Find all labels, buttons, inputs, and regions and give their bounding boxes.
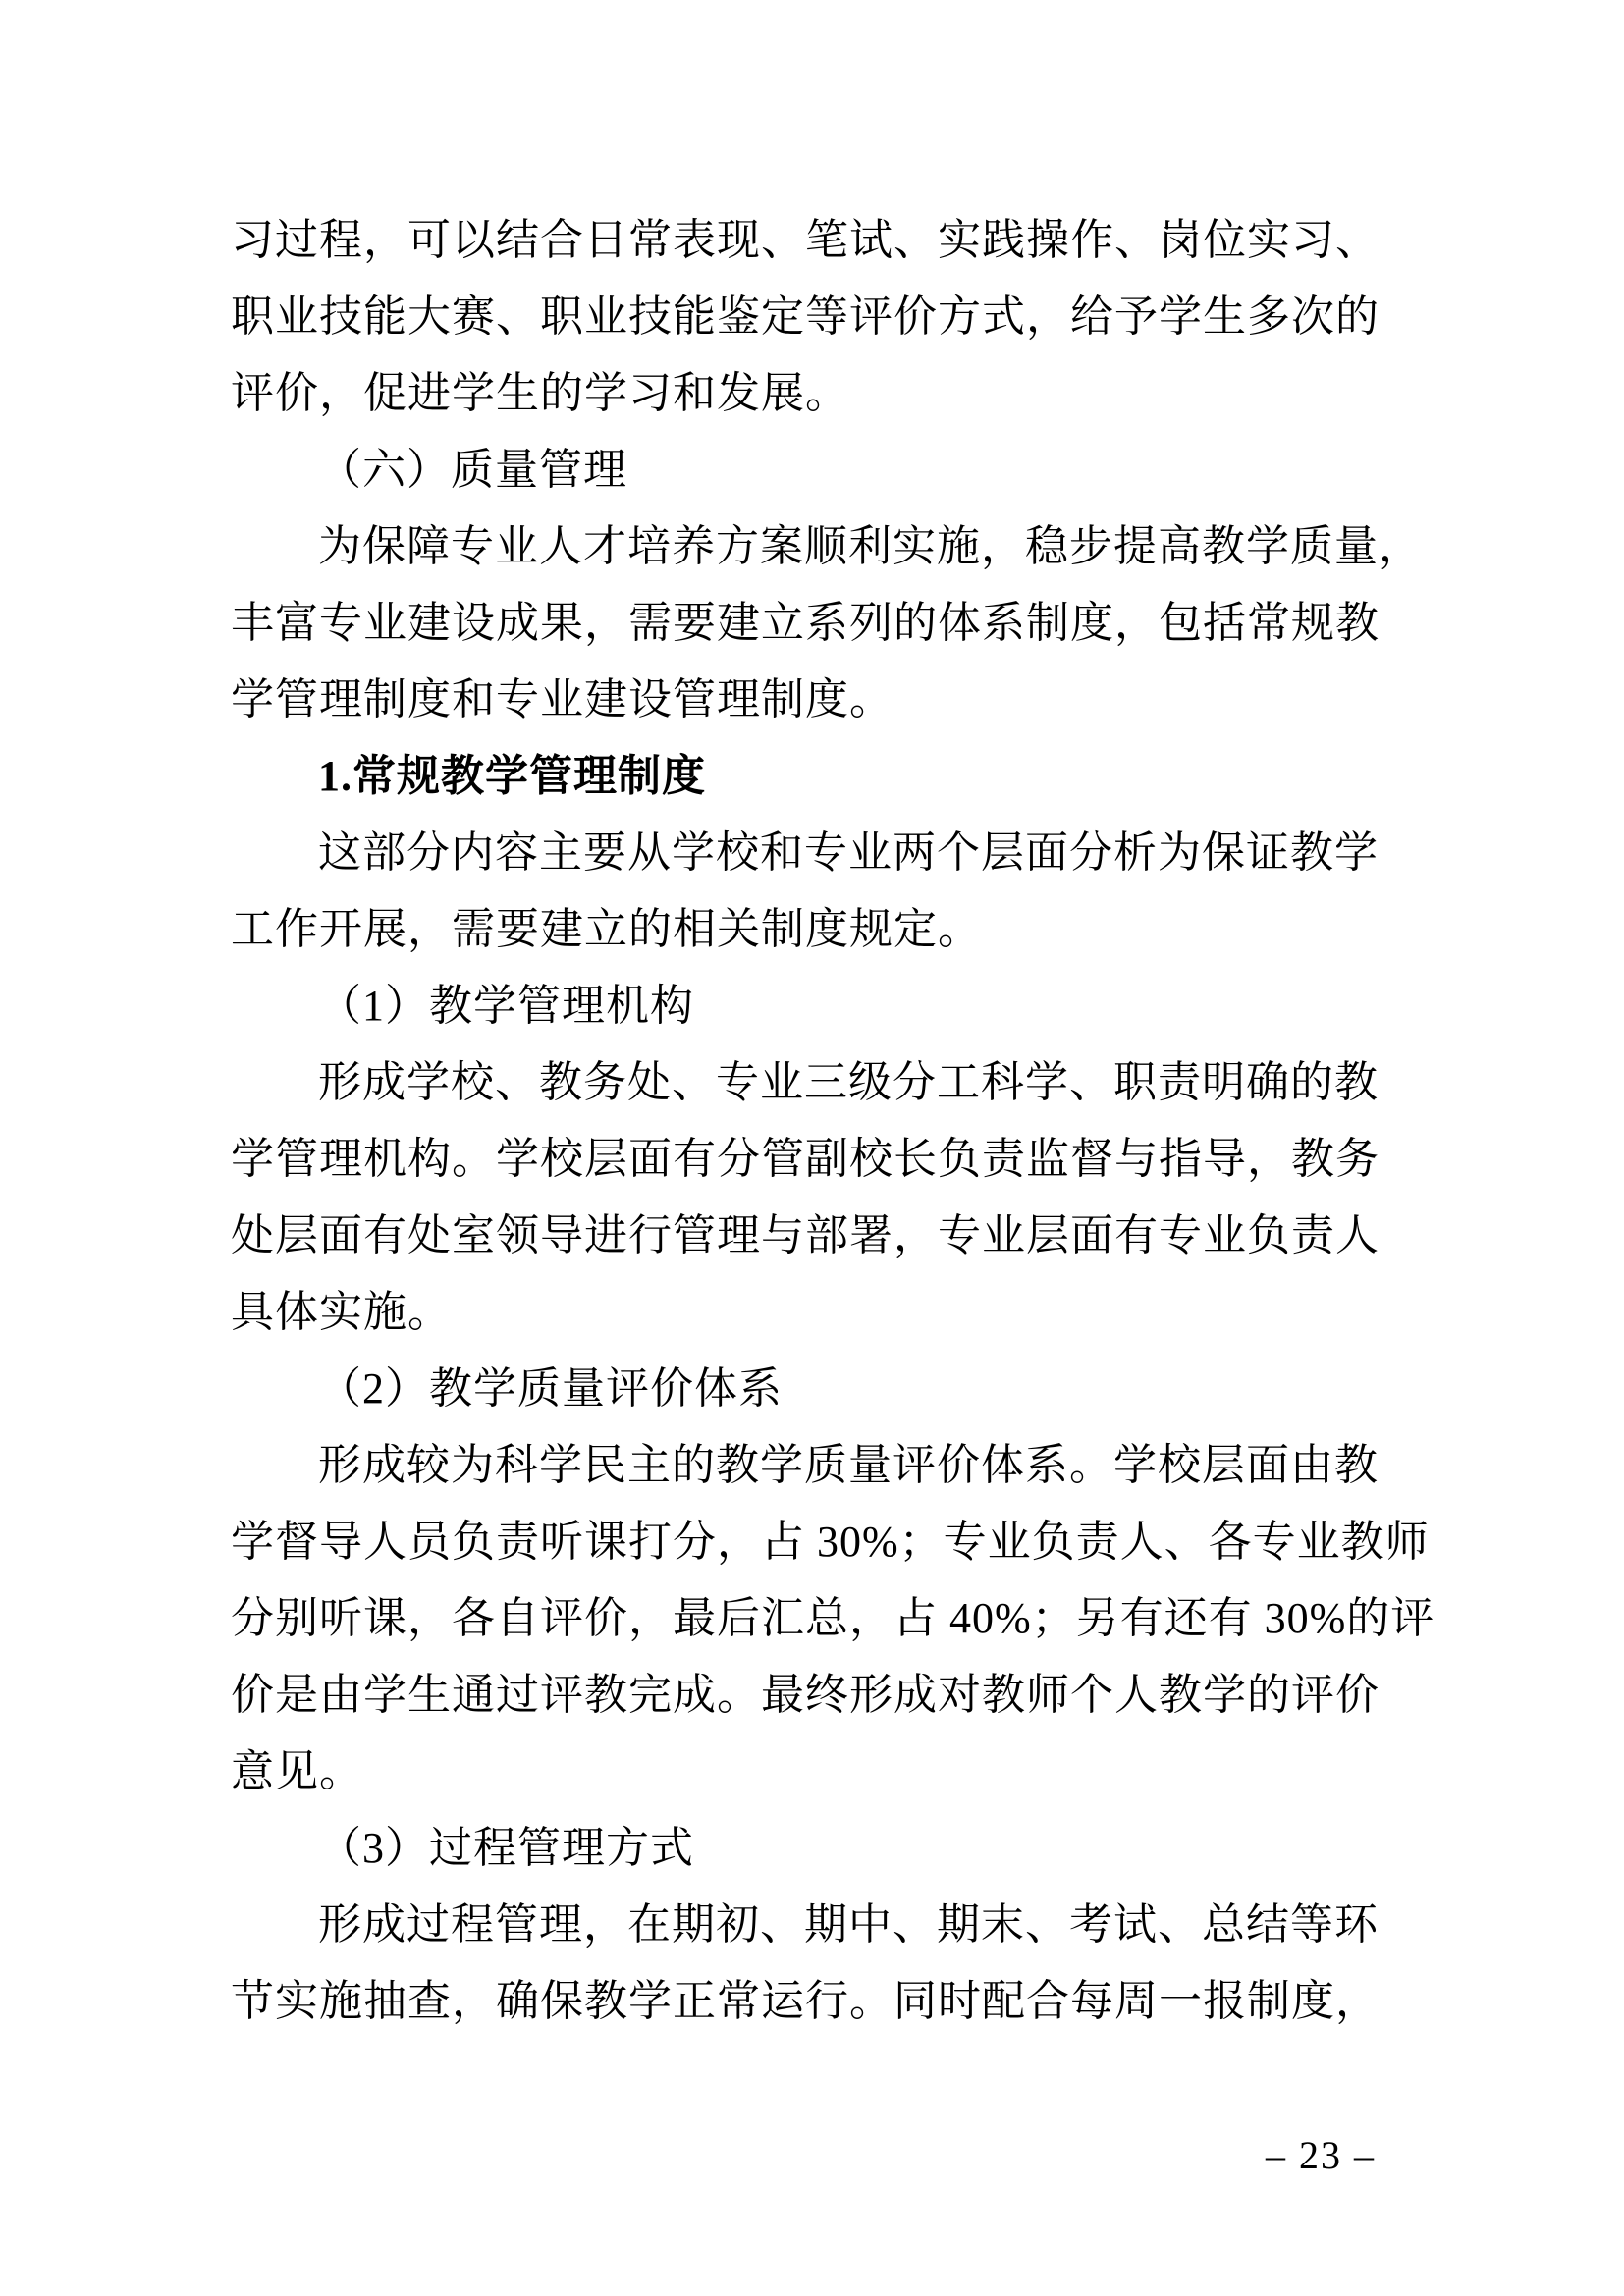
text-line: 形成学校、教务处、专业三级分工科学、职责明确的教 <box>231 1044 1380 1121</box>
text-line: 这部分内容主要从学校和专业两个层面分析为保证教学 <box>231 815 1380 891</box>
text-line: 学管理制度和专业建设管理制度。 <box>231 662 1380 738</box>
text-line: 学督导人员负责听课打分，占 30%；专业负责人、各专业教师 <box>231 1504 1380 1580</box>
page-number: – 23 – <box>1254 2128 1387 2183</box>
text-line: 习过程，可以结合日常表现、笔试、实践操作、岗位实习、 <box>231 202 1380 279</box>
text-line: 意见。 <box>231 1734 1380 1810</box>
text-line: 分别听课，各自评价，最后汇总，占 40%；另有还有 30%的评 <box>231 1580 1380 1657</box>
text-line: 形成较为科学民主的教学质量评价体系。学校层面由教 <box>231 1427 1380 1504</box>
document-page: 习过程，可以结合日常表现、笔试、实践操作、岗位实习、 职业技能大赛、职业技能鉴定… <box>0 0 1624 2296</box>
item-heading: （3）过程管理方式 <box>231 1810 1380 1887</box>
section-heading: （六）质量管理 <box>231 432 1380 508</box>
text-line: 节实施抽查，确保教学正常运行。同时配合每周一报制度， <box>231 1963 1380 2040</box>
text-line: 学管理机构。学校层面有分管副校长负责监督与指导，教务 <box>231 1121 1380 1198</box>
text-line: 职业技能大赛、职业技能鉴定等评价方式，给予学生多次的 <box>231 279 1380 355</box>
text-line: 具体实施。 <box>231 1274 1380 1351</box>
text-line: 处层面有处室领导进行管理与部署，专业层面有专业负责人 <box>231 1198 1380 1274</box>
item-heading: （2）教学质量评价体系 <box>231 1351 1380 1427</box>
text-line: 为保障专业人才培养方案顺利实施，稳步提高教学质量， <box>231 508 1380 585</box>
document-body: 习过程，可以结合日常表现、笔试、实践操作、岗位实习、 职业技能大赛、职业技能鉴定… <box>231 202 1380 2040</box>
item-heading: （1）教学管理机构 <box>231 968 1380 1044</box>
text-line: 丰富专业建设成果，需要建立系列的体系制度，包括常规教 <box>231 585 1380 662</box>
text-line: 工作开展，需要建立的相关制度规定。 <box>231 891 1380 968</box>
text-line: 评价，促进学生的学习和发展。 <box>231 355 1380 432</box>
text-line: 形成过程管理，在期初、期中、期末、考试、总结等环 <box>231 1887 1380 1963</box>
text-line: 价是由学生通过评教完成。最终形成对教师个人教学的评价 <box>231 1657 1380 1734</box>
subsection-heading: 1.常规教学管理制度 <box>231 738 1380 815</box>
